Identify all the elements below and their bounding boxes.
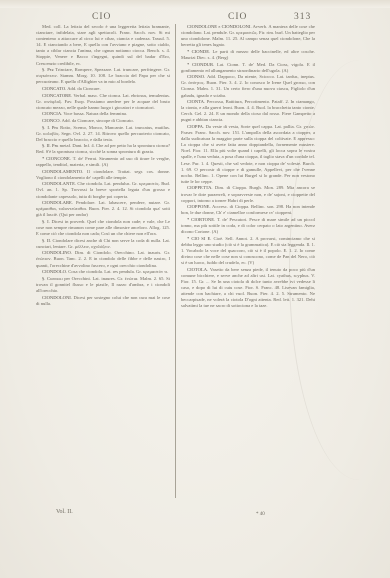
dictionary-entry: §. II. Per metaf. Dant. Inf. 4. Che ad p… (36, 143, 170, 155)
dictionary-entry: CIONDOLONI. Dicesi per sostegno colui ch… (36, 295, 170, 307)
dictionary-entry: Med. coll. La letizia del secolo è una l… (36, 24, 170, 67)
entry-headword: CIOPPETTA. (187, 185, 213, 190)
right-column: CIONDOLONE e CIONDOLONI. Avverb. A manie… (181, 24, 315, 310)
volume-label: Vol. II. (56, 509, 73, 515)
entry-headword: CIONTA. (187, 99, 205, 104)
entry-headword: CIONDOLONE e CIONDOLONI. (187, 24, 252, 29)
entry-text: Vasetto da bere senza piede, il tenuto d… (181, 267, 315, 309)
entry-headword: CIOTOLA. (187, 267, 208, 272)
dictionary-entry: CIONCIA. Voce bassa. Natura della femmin… (36, 111, 170, 117)
right-running-head: CIO (228, 12, 247, 22)
dictionary-entry: CIOPPETTA. Dim. di Cioppa. Burgh. Mon. 2… (181, 185, 315, 203)
entry-headword: * CIO SI E. (187, 236, 211, 241)
entry-text: Ciondolare dicesi anche di Chi non serve… (36, 238, 170, 249)
entry-headword: CIONCATORE. (42, 93, 72, 98)
entry-text: Add. da Cioncare. (67, 86, 100, 91)
entry-headword: * CIONDE. (187, 49, 210, 54)
left-running-head: CIO (92, 12, 111, 22)
entry-headword: CIOPPA. (187, 124, 204, 129)
entry-text: Cosa che ciondola. Lat. res pendula. Gr.… (68, 269, 168, 274)
entry-headword: §. I. Per (42, 125, 58, 130)
entry-headword: §. II. Per (42, 143, 58, 148)
dictionary-entry: §. II. Ciondolare dicesi anche di Chi no… (36, 238, 170, 250)
dictionary-entry: CIOPPONE. Accresc. di Cioppa. Bellinc. s… (181, 204, 315, 216)
entry-headword: CIONCO. (42, 118, 61, 123)
entry-headword: CIOPPONE. (187, 204, 211, 209)
entry-text: Dicesi in proverb. Quel che ciondola non… (36, 219, 170, 236)
entry-headword: CIONDOLONI. (42, 295, 72, 300)
page-number: 313 (294, 12, 311, 22)
signature-mark: * 40 (256, 512, 265, 517)
dictionary-entry: CIONDOLARE. Pendolare. Lat. labascere, p… (36, 200, 170, 218)
entry-headword: §. II. (42, 238, 51, 243)
column-divider (175, 24, 176, 498)
entry-headword: CIONDOLAMENTO. (42, 169, 83, 174)
dictionary-entry: CIOPPA. Da veste di vesta, Sorte quel ca… (181, 124, 315, 185)
dictionary-entry: CIONCATORE. Verbal. masc. Che cionca. La… (36, 93, 170, 111)
left-column: Med. coll. La letizia del secolo è una l… (36, 24, 170, 307)
dictionary-entry: CIONCO. Add. da Cioncare, sincope di Cio… (36, 118, 170, 124)
dictionary-entry: CIONDOLAMENTO. Il ciondolare. Trattat. s… (36, 169, 170, 181)
entry-headword: CIONDOLARE. (42, 200, 73, 205)
entry-headword: §. Per (42, 67, 54, 72)
entry-text: Voce bassa. Natura della femmina. (63, 111, 127, 116)
dictionary-entry: CIONDOLANTE. Che ciondola. Lat. pendulus… (36, 181, 170, 199)
entry-headword: * CIONCONE. (42, 156, 71, 161)
entry-text: Da veste di vesta, Sorte quel cappa. Lat… (181, 124, 315, 184)
entry-headword: §. Ciondoli (42, 276, 63, 281)
dictionary-entry: CIONTA. Percossa, Battitura, Percotiment… (181, 99, 315, 123)
entry-headword: * CIORTONE. (187, 217, 215, 222)
dictionary-entry: CIOTOLA. Vasetto da bere senza piede, il… (181, 267, 315, 310)
dictionary-entry: * CIO SI E. Cioè. Sell. Annot. 2. A prov… (181, 236, 315, 266)
dictionary-entry: §. I. Dicesi in proverb. Quel che ciondo… (36, 219, 170, 237)
dictionary-entry: CIONDOLONE e CIONDOLONI. Avverb. A manie… (181, 24, 315, 48)
entry-headword: CIONDOLANTE. (42, 181, 76, 186)
dictionary-entry: * CIONDUR. Lat. Cionn. T. de' Med. Da Ci… (181, 62, 315, 74)
dictionary-entry: * CIORTONE. T. de' Pescatori. Pesce di m… (181, 217, 315, 235)
dictionary-entry: §. Per Trinciare, Rompere, Spezzare. Lat… (36, 67, 170, 85)
entry-headword: CIONDOLO. (42, 269, 67, 274)
entry-headword: CIONSO. (187, 74, 205, 79)
dictionary-entry: * CIONCONE. T. de' Ferrai. Strumento ad … (36, 156, 170, 168)
dictionary-entry: §. Ciondoli per Orecchini. Lat. inaures.… (36, 276, 170, 294)
dictionary-entry: §. I. Per Rotto, Scemo, Monco, Mancante.… (36, 125, 170, 143)
page-top-edge (0, 0, 390, 8)
entry-text: Trinciare, Rompere, Spezzare. Lat. trunc… (36, 67, 170, 84)
entry-headword: CIONCIA. (42, 111, 62, 116)
entry-headword: CIONDOLINO. (42, 250, 72, 255)
entry-headword: §. I. (42, 219, 50, 224)
entry-text: Add. da Cioncare, sincope di Cioncato. (62, 118, 134, 123)
entry-headword: * CIONDUR. (187, 62, 214, 67)
dictionary-entry: CIONCATO. Add. da Cioncare. (36, 86, 170, 92)
entry-text: Med. coll. La letizia del secolo è una l… (36, 24, 170, 66)
running-header: CIO CIO 313 (36, 12, 326, 24)
scanned-page: CIO CIO 313 Med. coll. La letizia del se… (0, 0, 390, 578)
entry-headword: CIONCATO. (42, 86, 66, 91)
dictionary-entry: * CIONDE. Le parti di mezzo delle baccin… (181, 49, 315, 61)
dictionary-entry: CIONSO. Add. Dappoco, Da niente, Sciocco… (181, 74, 315, 98)
dictionary-entry: CIONDOLO. Cosa che ciondola. Lat. res pe… (36, 269, 170, 275)
dictionary-entry: CIONDOLINO. Dim. di Ciondolo. Orecchino.… (36, 250, 170, 268)
